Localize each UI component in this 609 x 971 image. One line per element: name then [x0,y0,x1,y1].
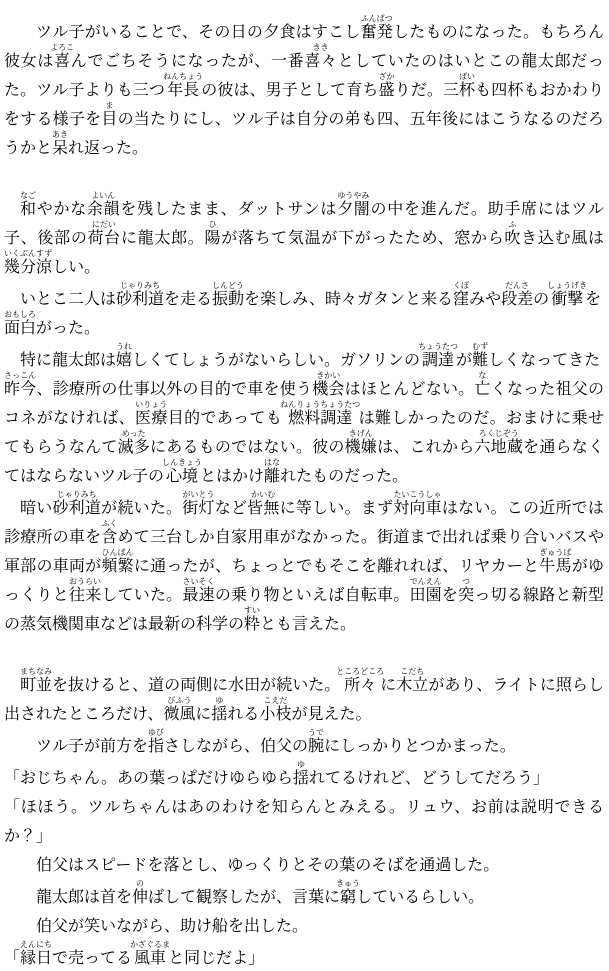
furigana-ruby: 吹ふ [504,228,521,247]
paragraph: 和なごやかな余韻よいんを残したまま、ダットサンは夕闇ゆうやみの中を進んだ。助手席… [4,191,604,281]
furigana-ruby: 揺ゆ [211,704,227,723]
furigana-ruby: 余韻よいん [87,199,120,218]
furigana-ruby: 目ま [101,109,117,128]
furigana-ruby: 亡な [474,379,490,398]
paragraph: ツル子が前方を指ゆびさしながら、伯父の腕うでにしっかりとつかまった。 [4,728,604,760]
furigana-ruby: 微風びふう [163,704,195,723]
furigana-ruby: 燃料調達ねんりょうちょうたつ [282,408,358,427]
furigana-ruby: 窮きゅう [340,887,356,906]
furigana-ruby: 風車かざぐるま [132,948,168,967]
furigana-ruby: 面白おもしろ [4,318,36,337]
furigana-ruby: 奮発ふんぱつ [361,22,394,41]
furigana-ruby: 夕闇ゆうやみ [337,199,370,218]
furigana-ruby: 街灯がいとう [182,498,214,517]
furigana-ruby: 突つ [458,585,474,604]
furigana-ruby: 医療いりょう [135,408,168,427]
paragraph: ツル子がいることで、その日の夕食はすこし奮発ふんぱつしたものになった。もちろん彼… [4,14,604,162]
furigana-ruby: 皆無かいむ [247,498,279,517]
furigana-ruby: 幾分涼いくぶんすず [4,257,52,276]
furigana-ruby: 調達ちょうたつ [420,350,456,369]
furigana-ruby: 縁日えんにち [20,948,52,967]
furigana-ruby: 昨今さっこん [4,379,36,398]
furigana-ruby: 伸の [132,887,148,906]
furigana-ruby: 段差だんさ [501,289,533,308]
furigana-ruby: 六地蔵ろくじぞう [474,437,523,456]
furigana-ruby: 杯ばい [459,80,475,99]
furigana-ruby: 含ふく [101,527,117,546]
paragraph: 伯父はスピードを落とし、ゆっくりとその葉のそばを通過した。 [4,850,604,879]
furigana-ruby: 振動しんどう [212,289,244,308]
furigana-ruby: 田園でんえん [409,585,441,604]
furigana-ruby: 嬉うれ [116,350,132,369]
furigana-ruby: 揺ゆ [293,768,309,787]
paragraph: 暗い砂利道じゃりみちが続いた。街灯がいとうなど皆無かいむに等しい。まず対向車たい… [4,490,604,638]
furigana-ruby: 衝撃しょうげき [549,289,585,308]
furigana-ruby: 喜々きき [304,51,337,70]
furigana-ruby: 機会きかい [312,379,344,398]
paragraph: いとこ二人は砂利道じゃりみちを走る振動しんどうを楽しみ、時々ガタンと来る窪くぼみ… [4,281,604,342]
furigana-ruby: 窪くぼ [453,289,469,308]
blank-line [4,638,604,667]
furigana-ruby: 腕うで [308,736,324,755]
furigana-ruby: 町並まちなみ [20,675,52,694]
furigana-ruby: 離はな [264,466,280,485]
furigana-ruby: 和なご [20,199,37,218]
paragraph: 町並まちなみを抜けると、道の両側に水田が続いた。所々ところどころに木立こだちがあ… [4,667,604,728]
furigana-ruby: 荷台にだい [88,228,121,247]
furigana-ruby: 小枝こえだ [259,704,291,723]
furigana-ruby: 最速さいそく [182,585,214,604]
furigana-ruby: 難むず [472,350,488,369]
furigana-ruby: 砂利道じゃりみち [52,498,101,517]
furigana-ruby: 喜よろこ [54,51,70,70]
furigana-ruby: 機嫌きげん [345,437,377,456]
paragraph: 特に龍太郎は嬉うれしくてしょうがないらしい。ガソリンの調達ちょうたつが難むずしく… [4,342,604,490]
furigana-ruby: 木立こだち [396,675,428,694]
furigana-ruby: 心境しんきょう [164,466,200,485]
dialogue-line: 「おじちゃん。あの葉っぱだけゆらゆら揺ゆれてるけれど、どうしてだろう」 [4,760,604,792]
furigana-ruby: 陽ひ [204,228,221,247]
furigana-ruby: 滅多めった [118,437,150,456]
furigana-ruby: 対向車たいこうしゃ [393,498,442,517]
furigana-ruby: 牛馬ぎゅうば [539,556,571,575]
paragraph: 龍太郎は首を伸のばして観察したが、言葉に窮きゅうしているらしい。 [4,879,604,911]
furigana-ruby: 年長ねんちょう [165,80,201,99]
furigana-ruby: 呆あき [52,138,68,157]
furigana-ruby: 粋すい [244,614,260,633]
furigana-ruby: 盛ざか [378,80,394,99]
furigana-ruby: 砂利道じゃりみち [116,289,164,308]
furigana-ruby: 所々ところどころ [340,675,380,694]
blank-line [4,162,604,191]
furigana-ruby: 頻繁ひんぱん [101,556,133,575]
document-page: ツル子がいることで、その日の夕食はすこし奮発ふんぱつしたものになった。もちろん彼… [0,0,609,971]
dialogue-line: 「縁日えんにちで売ってる風車かざぐるまと同じだよ」 [4,940,604,971]
dialogue-line: 「ほほう。ツルちゃんはあのわけを知らんとみえる。リュウ、お前は説明できるか？」 [4,792,604,850]
furigana-ruby: 指ゆび [148,736,164,755]
paragraph: 伯父が笑いながら、助け船を出した。 [4,911,604,940]
furigana-ruby: 往来おうらい [69,585,101,604]
